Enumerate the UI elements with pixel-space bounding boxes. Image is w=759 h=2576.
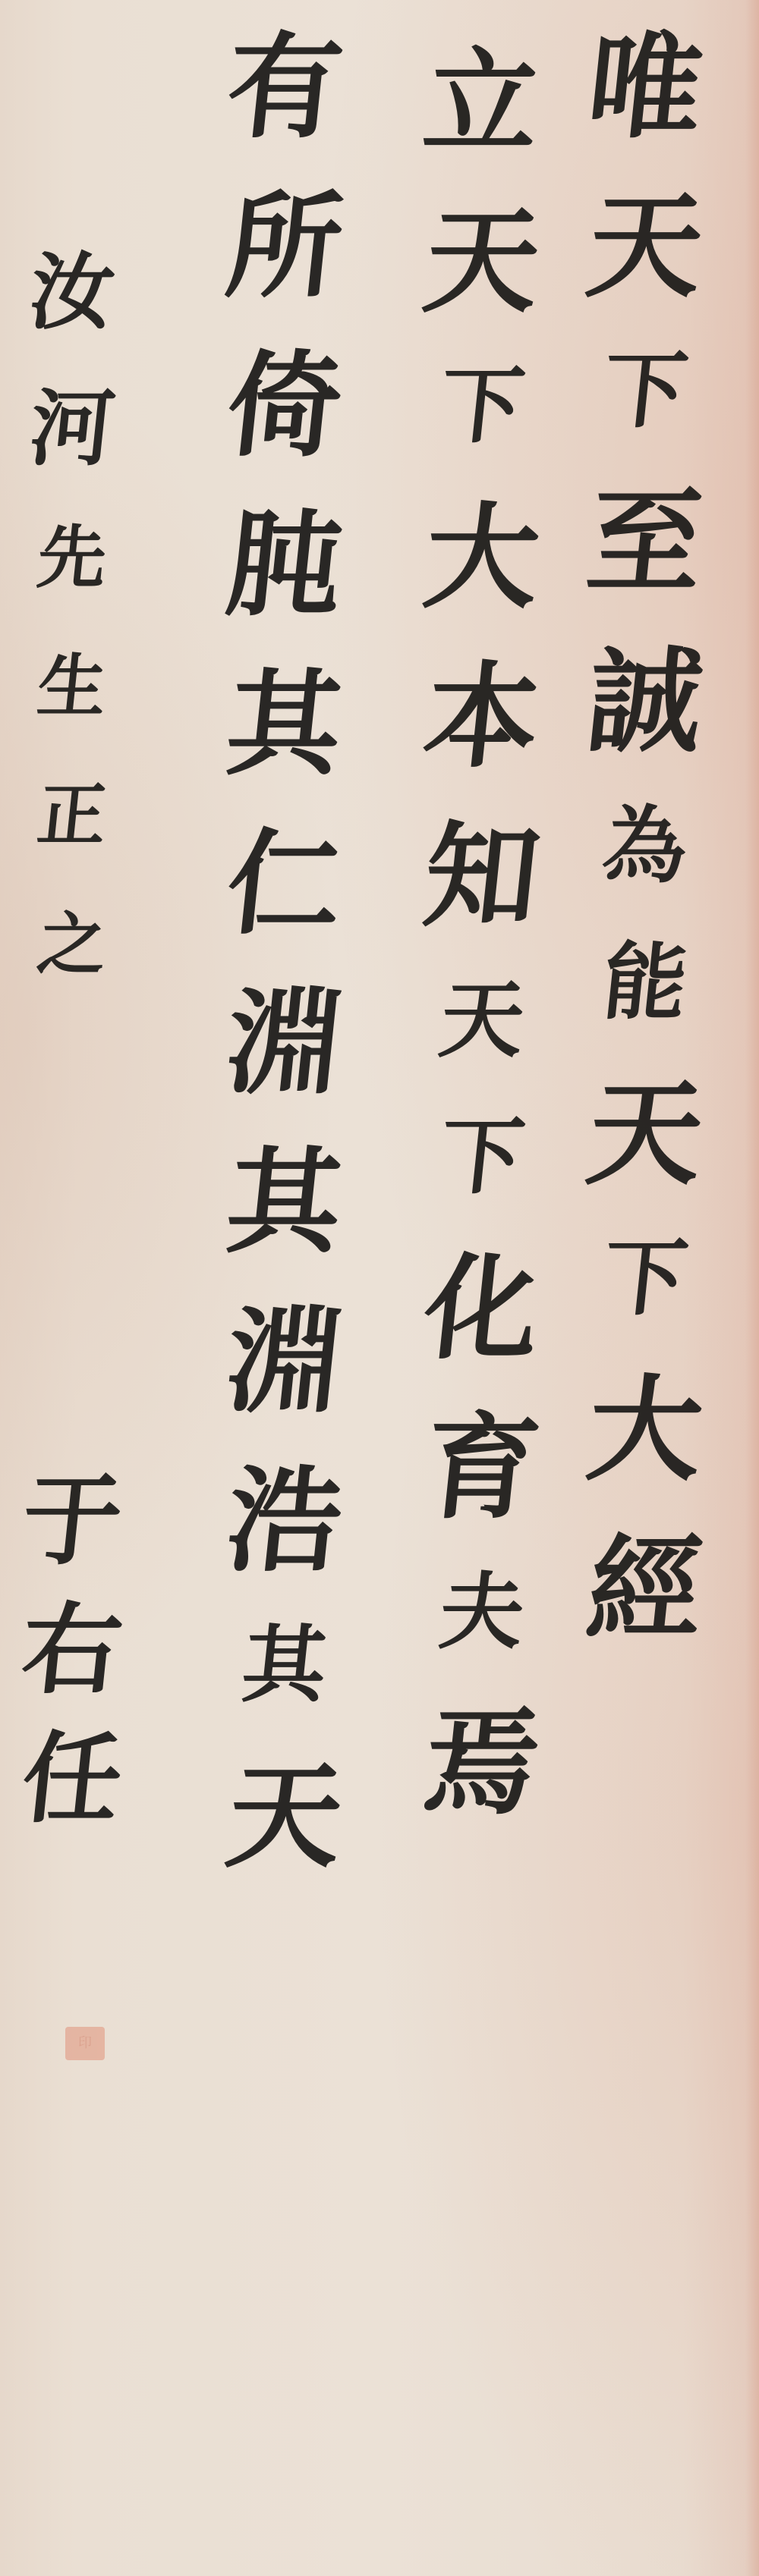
- glyph: 先: [34, 523, 109, 592]
- glyph: 其: [222, 1145, 348, 1259]
- glyph: 誠: [582, 645, 708, 759]
- glyph: 知: [419, 819, 545, 933]
- calligraphy-scroll: 唯 天 下 至 誠 為 能 天 下 大 經 立 天 下 大 本 知 天 下 化 …: [0, 0, 759, 2576]
- glyph: 天: [419, 205, 545, 319]
- signature-glyph: 任: [17, 1729, 127, 1828]
- glyph: 肫: [222, 508, 348, 622]
- glyph: 天: [582, 190, 708, 303]
- glyph: 經: [582, 1532, 708, 1646]
- glyph: 下: [436, 364, 528, 448]
- glyph: 下: [436, 1115, 528, 1198]
- glyph: 能: [599, 941, 691, 1024]
- glyph: 仁: [222, 827, 348, 941]
- text-column-3: 有 所 倚 肫 其 仁 淵 其 淵 浩 其 天: [228, 30, 342, 1919]
- glyph: 倚: [222, 349, 348, 463]
- glyph: 其: [238, 1623, 331, 1707]
- glyph: 河: [26, 387, 118, 470]
- glyph: 之: [34, 910, 109, 979]
- glyph: 唯: [582, 30, 708, 144]
- glyph: 其: [222, 668, 348, 781]
- signature-column: 于 右 任: [23, 1472, 121, 1858]
- glyph: 至: [582, 485, 708, 599]
- text-column-1: 唯 天 下 至 誠 為 能 天 下 大 經: [588, 30, 702, 1692]
- glyph: 淵: [222, 1305, 348, 1418]
- glyph: 所: [222, 190, 348, 303]
- glyph: 淵: [222, 986, 348, 1100]
- glyph: 下: [599, 1236, 691, 1320]
- glyph: 生: [34, 652, 109, 721]
- glyph: 有: [222, 30, 348, 144]
- glyph: 大: [582, 1373, 708, 1487]
- signature-glyph: 于: [17, 1472, 127, 1570]
- glyph: 汝: [26, 250, 118, 334]
- glyph: 焉: [419, 1707, 545, 1820]
- glyph: 天: [222, 1760, 348, 1874]
- glyph: 夫: [436, 1570, 528, 1654]
- scroll-edge-stain: [745, 0, 759, 2576]
- seal-text: 印: [65, 2027, 105, 2060]
- glyph: 正: [34, 781, 109, 850]
- glyph: 育: [419, 1411, 545, 1525]
- inscription-column: 汝 河 先 生 正 之: [30, 250, 114, 1039]
- signature-glyph: 右: [17, 1601, 127, 1699]
- glyph: 立: [419, 46, 545, 159]
- glyph: 天: [436, 979, 528, 1062]
- glyph: 下: [599, 349, 691, 432]
- glyph: 浩: [222, 1464, 348, 1578]
- glyph: 大: [419, 501, 545, 614]
- text-column-2: 立 天 下 大 本 知 天 下 化 育 夫 焉: [425, 46, 539, 1866]
- glyph: 為: [599, 804, 691, 887]
- glyph: 本: [419, 660, 545, 774]
- glyph: 天: [582, 1077, 708, 1191]
- glyph: 化: [419, 1252, 545, 1365]
- red-seal-stamp: 印: [65, 2027, 105, 2060]
